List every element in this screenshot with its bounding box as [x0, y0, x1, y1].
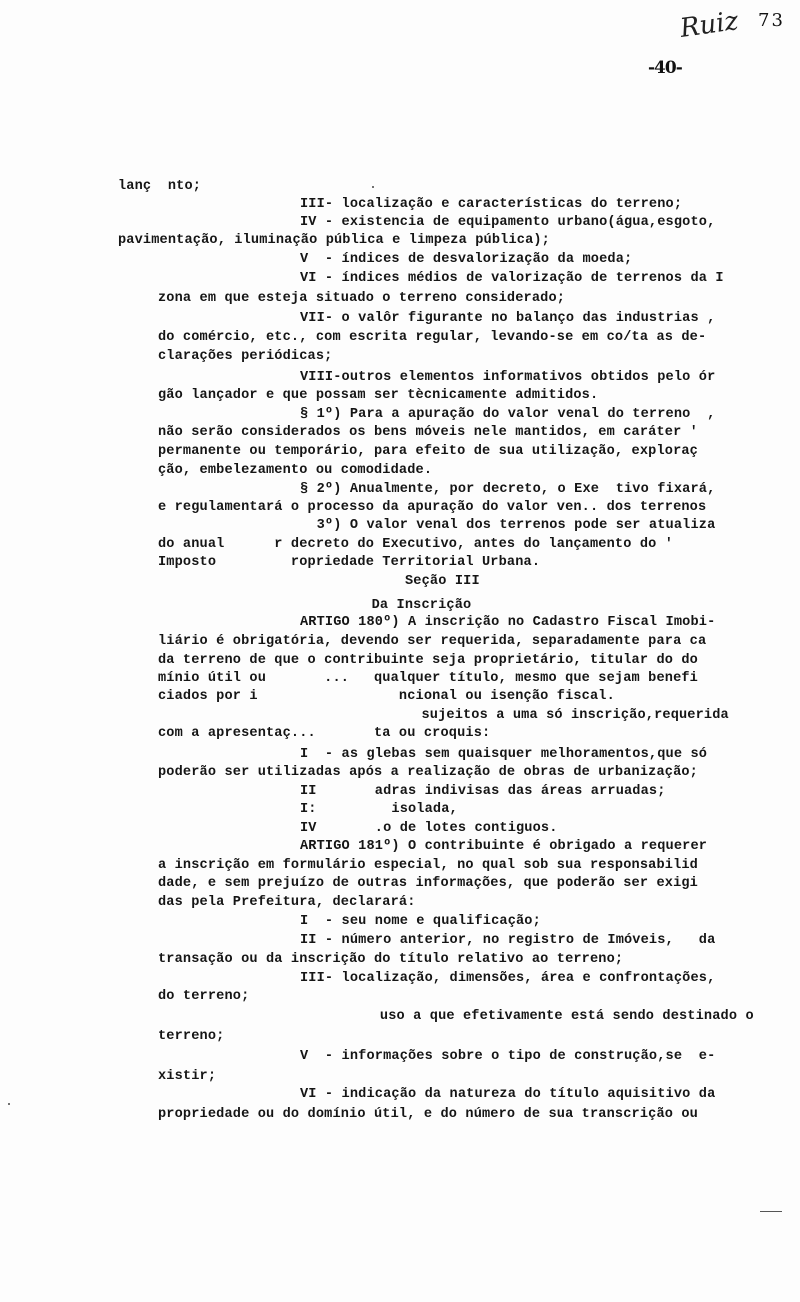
- text-line: e regulamentará o processo da apuração d…: [158, 499, 706, 517]
- text-line: da terreno de que o contribuinte seja pr…: [158, 652, 698, 670]
- text-line: xistir;: [158, 1068, 216, 1086]
- text-line: dade, e sem prejuízo de outras informaçõ…: [158, 875, 698, 893]
- text-line: do comércio, etc., com escrita regular, …: [158, 329, 706, 347]
- text-line: não serão considerados os bens móveis ne…: [158, 424, 698, 442]
- text-line: I - seu nome e qualificação;: [300, 913, 541, 931]
- text-line: VIII-outros elementos informativos obtid…: [300, 369, 715, 387]
- text-line: terreno;: [158, 1028, 224, 1046]
- text-line: a inscrição em formulário especial, no q…: [158, 857, 698, 875]
- text-line: ARTIGO 180º) A inscrição no Cadastro Fis…: [300, 614, 715, 632]
- text-line: do terreno;: [158, 988, 249, 1006]
- text-line: propriedade ou do domínio útil, e do núm…: [158, 1106, 698, 1124]
- handwritten-signature: Ruiz: [678, 6, 740, 44]
- text-line: zona em que esteja situado o terreno con…: [158, 290, 565, 308]
- scan-speck: [372, 186, 374, 188]
- text-line: III- localização, dimensões, área e conf…: [300, 970, 715, 988]
- text-line: VI - indicação da natureza do título aqu…: [300, 1086, 715, 1104]
- scan-mark: [760, 1211, 782, 1212]
- text-line: ciados por i ncional ou isenção fiscal.: [158, 688, 615, 706]
- text-line: pavimentação, iluminação pública e limpe…: [118, 232, 550, 250]
- text-line: VII- o valôr figurante no balanço das in…: [300, 310, 715, 328]
- text-line: § 2º) Anualmente, por decreto, o Exe tiv…: [300, 481, 715, 499]
- text-line: permanente ou temporário, para efeito de…: [158, 443, 698, 461]
- text-line: Imposto ropriedade Territorial Urbana.: [158, 554, 540, 572]
- text-line: do anual r decreto do Executivo, antes d…: [158, 536, 673, 554]
- text-line: mínio útil ou ... qualquer título, mesmo…: [158, 670, 698, 688]
- text-line: II adras indivisas das áreas arruadas;: [300, 783, 666, 801]
- text-line: 3º) O valor venal dos terrenos pode ser …: [300, 517, 715, 535]
- text-line: transação ou da inscrição do título rela…: [158, 951, 623, 969]
- text-line: com a apresentaç... ta ou croquis:: [158, 725, 490, 743]
- folio-number: 73: [758, 10, 785, 31]
- text-line: § 1º) Para a apuração do valor venal do …: [300, 406, 715, 424]
- text-line: IV - existencia de equipamento urbano(ág…: [300, 214, 715, 232]
- text-line: ARTIGO 181º) O contribuinte é obrigado a…: [300, 838, 707, 856]
- document-page: Ruiz 73 -40- lanç nto;III- localização e…: [0, 0, 800, 1302]
- text-line: Da Inscrição: [355, 597, 471, 615]
- text-line: poderão ser utilizadas após a realização…: [158, 764, 698, 782]
- text-line: uso a que efetivamente está sendo destin…: [355, 1008, 754, 1026]
- text-line: ção, embelezamento ou comodidade.: [158, 462, 432, 480]
- text-line: gão lançador e que possam ser tècnicamen…: [158, 387, 598, 405]
- text-line: sujeitos a uma só inscrição,requerida: [355, 707, 729, 725]
- text-line: II - número anterior, no registro de Imó…: [300, 932, 715, 950]
- text-line: V - informações sobre o tipo de construç…: [300, 1048, 715, 1066]
- text-line: Seção III: [405, 573, 480, 591]
- text-line: IV .o de lotes contiguos.: [300, 820, 558, 838]
- text-line: V - índices de desvalorização da moeda;: [300, 251, 632, 269]
- text-line: VI - índices médios de valorização de te…: [300, 270, 724, 288]
- text-line: clarações periódicas;: [158, 348, 332, 366]
- text-line: I - as glebas sem quaisquer melhoramento…: [300, 746, 707, 764]
- text-line: III- localização e características do te…: [300, 196, 682, 214]
- text-line: lanç nto;: [118, 178, 201, 196]
- text-line: das pela Prefeitura, declarará:: [158, 894, 416, 912]
- scan-speck: [8, 1103, 10, 1105]
- page-number: -40-: [648, 58, 682, 78]
- text-line: liário é obrigatória, devendo ser requer…: [158, 633, 706, 651]
- text-line: I: isolada,: [300, 801, 458, 819]
